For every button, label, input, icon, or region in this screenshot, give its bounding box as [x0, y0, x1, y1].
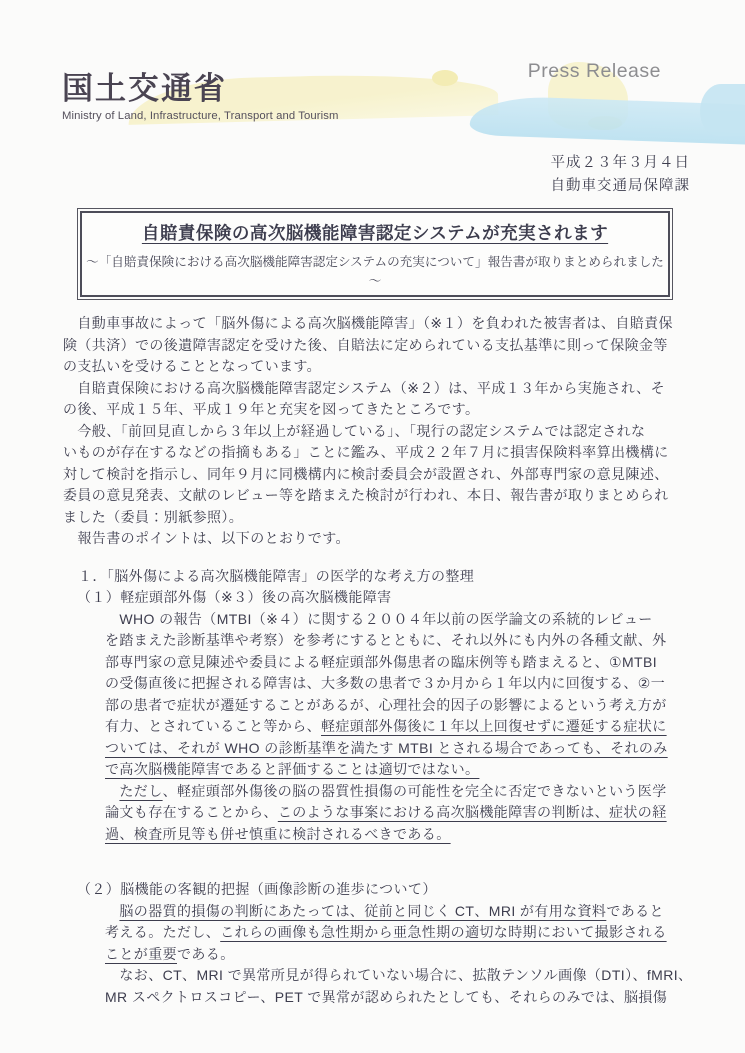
section-heading: １．「脳外傷による高次脳機能障害」の医学的な考え方の整理 [63, 566, 687, 588]
paragraph: WHO の報告（MTBI（※４）に関する２００４年以前の医学論文の系統的レビュー… [63, 609, 687, 781]
document-title: 自賠責保険の高次脳機能障害認定システムが充実されます [86, 220, 664, 245]
text-line: 部専門家の意見陳述や委員による軽症頭部外傷患者の臨床例等も踏まえると、①MTBI [105, 652, 687, 674]
issuing-department: 自動車交通局保障課 [0, 175, 690, 198]
page-header: 国土交通省 Ministry of Land, Infrastructure, … [0, 0, 745, 150]
spacer [63, 550, 687, 566]
text-line: ことが重要である。 [105, 944, 687, 966]
spacer [63, 845, 687, 879]
text-line: ました（委員：別紙参照）。 [63, 507, 687, 529]
header-wave-blue-graphic [700, 84, 745, 136]
text-line: 部の患者で症状が遷延することがあるが、心理社会的因子の影響によるという考え方が [105, 695, 687, 717]
text-line: の支払いを受けることとなっています。 [63, 356, 687, 378]
press-release-page: 国土交通省 Ministry of Land, Infrastructure, … [0, 0, 745, 1053]
text-line: を踏まえた診断基準や考察）を参考にするとともに、それ以外にも内外の各種文献、外 [105, 630, 687, 652]
text-line: で高次脳機能障害であると評価することは適切ではない。 [105, 759, 687, 781]
text-line: １．「脳外傷による高次脳機能障害」の医学的な考え方の整理 [78, 566, 687, 588]
text-line: 報告書のポイントは、以下のとおりです。 [63, 528, 687, 550]
header-wave-yellow-dot [432, 70, 458, 86]
text-line: の後、平成１５年、平成１９年と充実を図ってきたところです。 [63, 399, 687, 421]
text-line: の受傷直後に把握される障害は、大多数の患者で３か月から１年以内に回復する、②一 [105, 673, 687, 695]
paragraph: 自賠責保険における高次脳機能障害認定システム（※２）は、平成１３年から実施され、… [63, 378, 687, 421]
text-line: （２）脳機能の客観的把握（画像診断の進歩について） [77, 879, 687, 901]
text-line: 論文も存在することから、このような事案における高次脳機能障害の判断は、症状の経 [105, 802, 687, 824]
press-release-label: Press Release [528, 60, 661, 83]
text-line: ついては、それが WHO の診断基準を満たす MTBI とされる場合であっても、… [105, 738, 687, 760]
paragraph: 脳の器質的損傷の判断にあたっては、従前と同じく CT、MRI が有用な資料である… [63, 901, 687, 1009]
text-line: いものが存在するなどの指摘もある」ことに鑑み、平成２２年７月に損害保険料率算出機… [63, 442, 687, 464]
text-line: MR スペクトロスコピー、PET で異常が認められたとしても、それらのみでは、脳… [105, 987, 687, 1009]
text-line: 険（共済）での後遺障害認定を受けた後、自賠法に定められている支払基準に則って保険… [63, 335, 687, 357]
section-heading: （１）軽症頭部外傷（※３）後の高次脳機能障害 [63, 587, 687, 609]
text-line: 考える。ただし、これらの画像も急性期から亜急性期の適切な時期において撮影される [105, 922, 687, 944]
section-heading: （２）脳機能の客観的把握（画像診断の進歩について） [63, 879, 687, 901]
ministry-logo: 国土交通省 Ministry of Land, Infrastructure, … [62, 72, 339, 122]
text-line: 自賠責保険における高次脳機能障害認定システム（※２）は、平成１３年から実施され、… [63, 378, 687, 400]
title-box: 自賠責保険の高次脳機能障害認定システムが充実されます ～「自賠責保険における高次… [80, 211, 670, 297]
paragraph: 自動車事故によって「脳外傷による高次脳機能障害」（※１）を負われた被害者は、自賠… [63, 313, 687, 378]
text-line: WHO の報告（MTBI（※４）に関する２００４年以前の医学論文の系統的レビュー [105, 609, 687, 631]
text-line: 委員の意見発表、文献のレビュー等を踏まえた検討が行われ、本日、報告書が取りまとめ… [63, 485, 687, 507]
text-line: 今般、「前回見直しから３年以上が経過している」、「現行の認定システムでは認定され… [63, 421, 687, 443]
text-line: 有力、とされていること等から、軽症頭部外傷後に１年以上回復せずに遷延する症状に [105, 716, 687, 738]
paragraph: ただし、軽症頭部外傷後の脳の器質性損傷の可能性を完全に否定できないという医学論文… [63, 781, 687, 846]
header-wave-blue-graphic [469, 95, 745, 145]
document-date: 平成２３年３月４日 [0, 152, 690, 175]
paragraph: 今般、「前回見直しから３年以上が経過している」、「現行の認定システムでは認定され… [63, 421, 687, 529]
text-line: なお、CT、MRI で異常所見が得られていない場合に、拡散テンソル画像（DTI）… [105, 965, 687, 987]
document-body: 自動車事故によって「脳外傷による高次脳機能障害」（※１）を負われた被害者は、自賠… [63, 313, 687, 1008]
text-line: 自動車事故によって「脳外傷による高次脳機能障害」（※１）を負われた被害者は、自賠… [63, 313, 687, 335]
ministry-name-english: Ministry of Land, Infrastructure, Transp… [62, 110, 339, 122]
text-line: （１）軽症頭部外傷（※３）後の高次脳機能障害 [77, 587, 687, 609]
text-line: ただし、軽症頭部外傷後の脳の器質性損傷の可能性を完全に否定できないという医学 [105, 781, 687, 803]
paragraph: 報告書のポイントは、以下のとおりです。 [63, 528, 687, 550]
document-subtitle: ～「自賠責保険における高次脳機能障害認定システムの充実について」報告書が取りまと… [86, 251, 664, 289]
ministry-name-japanese: 国土交通省 [62, 72, 339, 106]
header-wave-yellow-dot [588, 116, 622, 130]
text-line: 対して検討を指示し、同年９月に同機構内に検討委員会が設置され、外部専門家の意見陳… [63, 464, 687, 486]
text-line: 脳の器質的損傷の判断にあたっては、従前と同じく CT、MRI が有用な資料である… [105, 901, 687, 923]
document-meta: 平成２３年３月４日 自動車交通局保障課 [0, 152, 745, 197]
text-line: 過、検査所見等も併せ慎重に検討されるべきである。 [105, 824, 687, 846]
